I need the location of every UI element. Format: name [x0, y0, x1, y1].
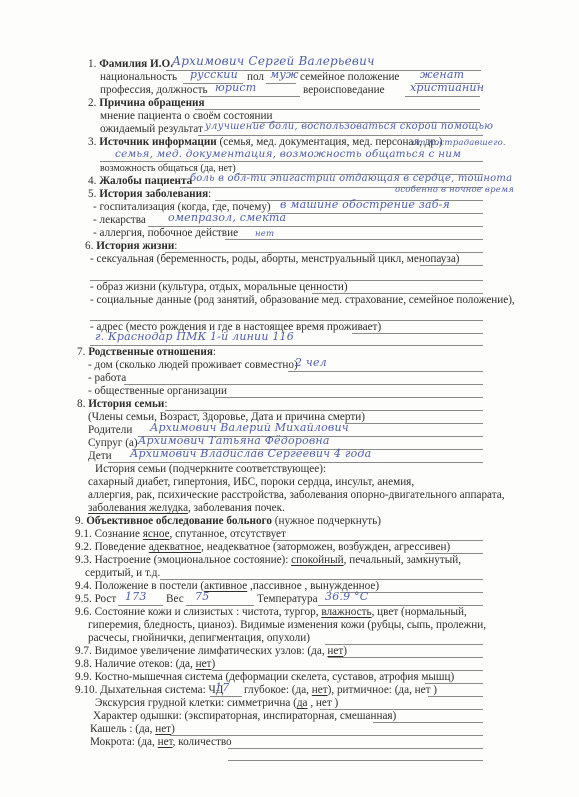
resp-deep-row: глубокое: (да, нет), ритмичное: (да, нет…	[244, 684, 437, 697]
organizations-label: - общественные организации	[88, 385, 227, 398]
religion-label: вероисповедание	[303, 84, 385, 97]
household-value[interactable]: 2 чел	[295, 357, 327, 369]
consciousness-row: 9.1. Сознание ясное, спутанное, отсутств…	[75, 528, 286, 541]
diseases-line-2: аллергия, рак, психические расстройства,…	[88, 489, 505, 502]
position-selected[interactable]: активное	[204, 580, 247, 592]
s8-heading: 8. История семьи:	[77, 398, 167, 411]
skin-selected[interactable]: влажность	[321, 606, 371, 618]
s2-heading: 2. Причина обращения	[88, 97, 205, 110]
s9-heading: 9. Объективное обследование больного (ну…	[75, 515, 381, 528]
household-label: - дом (сколько людей проживает совместно…	[88, 359, 298, 372]
medications-label: - лекарства	[93, 214, 146, 227]
musculo-row: 9.9. Костно-мышечная система (деформации…	[75, 671, 454, 684]
vitals-row: 9.5. Рост	[75, 593, 116, 606]
edema-selected[interactable]: нет	[196, 658, 212, 670]
religion-value[interactable]: христианин	[410, 82, 484, 94]
medications-value[interactable]: омепразол, смекта	[168, 212, 286, 224]
complaints-value-b[interactable]: особенно в ночное время	[395, 184, 514, 196]
sex-value[interactable]: муж	[270, 69, 299, 81]
social-data-label: - социальные данные (род занятий, образо…	[90, 294, 515, 307]
medical-form-page: 1. Фамилия И.О. Архимович Сергей Валерье…	[0, 0, 579, 797]
nationality-label: национальность	[100, 71, 177, 84]
parents-label: Родители	[88, 424, 132, 437]
profession-value[interactable]: юрист	[215, 82, 256, 94]
edema-row: 9.8. Наличие отеков: (да, нет)	[75, 658, 215, 671]
sexual-history-label: - сексуальная (беременность, роды, аборт…	[90, 253, 460, 266]
allergy-label: - аллергия, побочное действие	[93, 227, 238, 240]
skin-row-2: гиперемия, бледность, цианоз). Видимые и…	[88, 619, 486, 632]
children-value[interactable]: Архимович Владислав Сергеевич 4 года	[130, 448, 371, 460]
profession-label: профессия, должность	[100, 84, 208, 97]
mood-row-2: сердитый, и т.д.	[85, 567, 160, 580]
mood-selected[interactable]: спокойный	[291, 554, 344, 566]
weight-label: Вес	[166, 593, 184, 606]
skin-row-1: 9.6. Состояние кожи и слизистых : чистот…	[75, 606, 467, 619]
weight-value[interactable]: 75	[195, 591, 209, 603]
allergy-value[interactable]: нет	[255, 228, 274, 240]
stomach-disease-selected[interactable]: заболевания желудка	[88, 502, 188, 514]
behavior-selected[interactable]: адекватное	[149, 541, 201, 553]
mood-row: 9.3. Настроение (эмоциональное состояние…	[75, 554, 461, 567]
resp-rate-value[interactable]: 17	[215, 682, 229, 694]
behavior-row: 9.2. Поведение адекватное, неадекватное …	[75, 541, 450, 554]
cough-selected[interactable]: нет	[155, 723, 171, 735]
diseases-line-1: сахарный диабет, гипертония, ИБС, пороки…	[88, 476, 414, 489]
cough-row: Кашель : (да, нет)	[90, 723, 175, 736]
height-value[interactable]: 173	[125, 591, 147, 603]
source-value-b[interactable]: семья, мед. документация, возможность об…	[115, 148, 461, 160]
s7-heading: 7. Родственные отношения:	[77, 346, 216, 359]
address-value[interactable]: г. Краснодар ПМК 1-й линии 116	[95, 331, 294, 343]
marital-value[interactable]: женат	[420, 69, 464, 81]
s5-heading: 5. История заболевания:	[88, 188, 211, 201]
temperature-label: Температура	[257, 593, 318, 606]
work-label: - работа	[88, 372, 126, 385]
lifestyle-label: - образ жизни (культура, отдых, моральны…	[90, 281, 348, 294]
s4-heading: 4. Жалобы пациента	[88, 175, 192, 188]
sputum-selected[interactable]: нет	[158, 736, 173, 748]
s1-heading: 1. Фамилия И.О.	[88, 58, 173, 71]
temperature-value[interactable]: 36.9 °С	[325, 591, 368, 603]
expected-label: ожидаемый результат	[100, 123, 203, 136]
sputum-row: Мокрота: (да, нет, количество	[90, 736, 232, 749]
excursion-selected[interactable]: да	[297, 697, 308, 709]
parents-value[interactable]: Архимович Валерий Михайлович	[150, 422, 349, 434]
skin-row-3: расчесы, гнойнички, депигментация, опухо…	[88, 632, 310, 645]
dyspnea-row: Характер одышки: (экспираторная, инспира…	[93, 710, 396, 723]
lymph-selected[interactable]: нет	[327, 645, 343, 657]
spouse-value[interactable]: Архимович Татьяна Фёдоровна	[138, 435, 330, 447]
s6-heading: 6. История жизни:	[85, 240, 177, 253]
family-history-label: История семьи (подчеркните соответствующ…	[95, 463, 326, 476]
nationality-value[interactable]: русский	[190, 69, 238, 81]
diseases-line-3: заболевания желудка, заболевания почек.	[88, 502, 285, 515]
patient-name[interactable]: Архимович Сергей Валерьевич	[172, 55, 375, 67]
consciousness-selected[interactable]: ясное	[143, 528, 170, 540]
resp-row: 9.10. Дыхательная система: ЧД	[75, 684, 223, 697]
lymph-row: 9.7. Видимое увеличение лимфатических уз…	[75, 645, 347, 658]
excursion-row: Экскурсия грудной клетки: симметрична (д…	[95, 697, 338, 710]
deep-selected[interactable]: нет	[312, 684, 328, 696]
marital-label: семейное положение	[300, 71, 399, 84]
expected-value[interactable]: улучшение боли, воспользоваться скорой п…	[205, 121, 493, 133]
hospitalization-value[interactable]: в машине обострение заб-я	[280, 199, 450, 211]
